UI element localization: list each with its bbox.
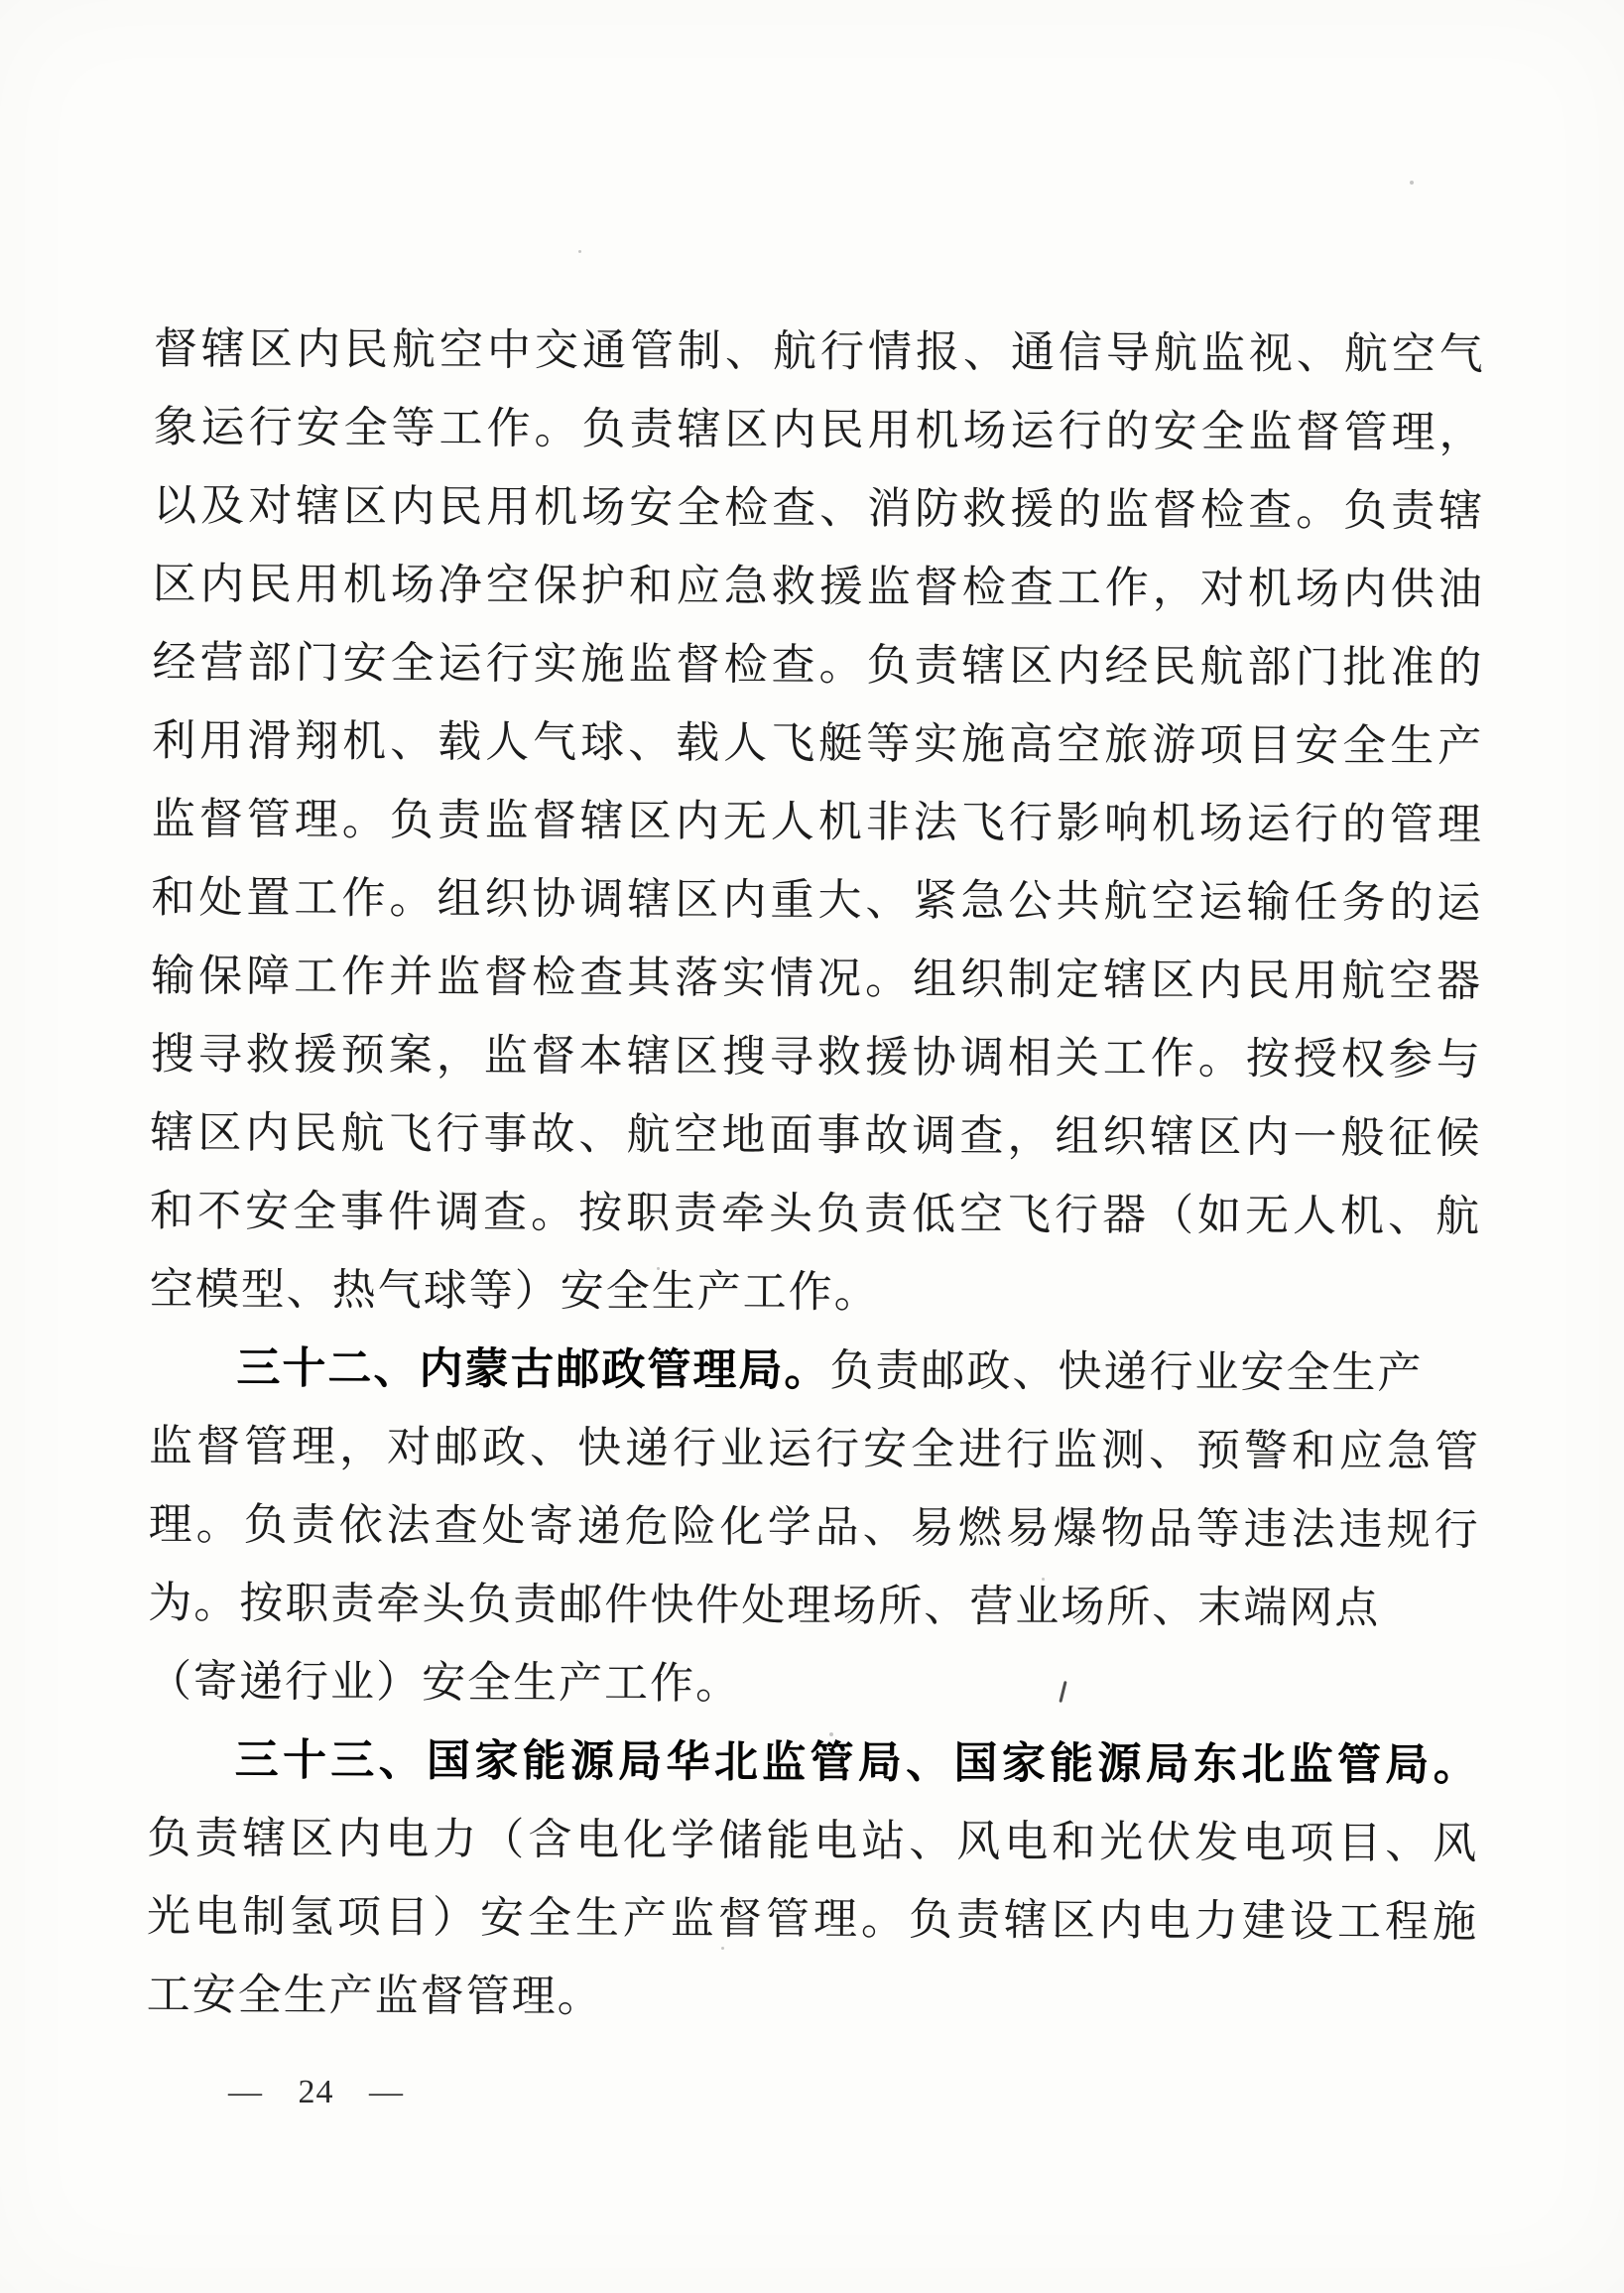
- text-segment: 和处置工作。组织协调辖区内重大、紧急公共航空运输任务的运: [151, 873, 1480, 928]
- text-segment: 监督管理。负责监督辖区内无人机非法飞行影响机场运行的管理: [152, 795, 1481, 849]
- text-line: 监督管理，对邮政、快递行业运行安全进行监测、预警和应急管: [149, 1421, 1478, 1505]
- scanned-document-page: 督辖区内民航空中交通管制、航行情报、通信导航监视、航空气象运行安全等工作。负责辖…: [0, 0, 1624, 2293]
- text-line: 工安全生产监督管理。: [146, 1970, 1475, 2054]
- text-line: 理。负责依法查处寄递危险化学品、易燃易爆物品等违法违规行: [148, 1499, 1477, 1584]
- text-line: 督辖区内民航空中交通管制、航行情报、通信导航监视、航空气: [154, 323, 1483, 408]
- text-segment: 负责邮政、快递行业安全生产: [829, 1346, 1423, 1398]
- text-line: 以及对辖区内民用机场安全检查、消防救援的监督检查。负责辖: [153, 480, 1482, 565]
- scan-speck: [1410, 181, 1414, 185]
- text-segment: 监督管理，对邮政、快递行业运行安全进行监测、预警和应急管: [149, 1422, 1478, 1476]
- text-segment: 经营部门安全运行实施监督检查。负责辖区内经民航部门批准的: [152, 638, 1481, 693]
- page-number: — 24 —: [228, 2074, 404, 2111]
- text-segment: 利用滑翔机、载人气球、载人飞艇等实施高空旅游项目安全生产: [152, 716, 1481, 771]
- text-line: 空模型、热气球等）安全生产工作。: [150, 1264, 1479, 1348]
- scan-speck: [721, 1947, 724, 1950]
- text-segment: 光电制氢项目）安全生产监督管理。负责辖区内电力建设工程施: [147, 1892, 1476, 1947]
- text-line: 输保障工作并监督检查其落实情况。组织制定辖区内民用航空器: [151, 951, 1480, 1035]
- text-line: 象运行安全等工作。负责辖区内民用机场运行的安全监督管理，: [153, 402, 1482, 486]
- text-segment: 象运行安全等工作。负责辖区内民用机场运行的安全监督管理，: [153, 403, 1482, 457]
- text-segment: 督辖区内民航空中交通管制、航行情报、通信导航监视、航空气: [154, 324, 1483, 379]
- text-line: 和处置工作。组织协调辖区内重大、紧急公共航空运输任务的运: [151, 872, 1480, 956]
- text-segment: 和不安全事件调查。按职责牵头负责低空飞行器（如无人机、航: [150, 1187, 1479, 1241]
- text-segment: 工安全生产监督管理。: [147, 1971, 603, 2021]
- text-segment: 区内民用机场净空保护和应急救援监督检查工作，对机场内供油: [153, 560, 1482, 614]
- text-segment: 以及对辖区内民用机场安全检查、消防救援的监督检查。负责辖: [153, 481, 1482, 536]
- text-segment-bold: 三十三、国家能源局华北监管局、国家能源局东北监管局。: [235, 1735, 1477, 1789]
- text-line: 经营部门安全运行实施监督检查。负责辖区内经民航部门批准的: [152, 637, 1481, 721]
- text-line: 负责辖区内电力（含电化学储能电站、风电和光伏发电项目、风: [147, 1813, 1476, 1897]
- text-segment: 理。负责依法查处寄递危险化学品、易燃易爆物品等违法违规行: [149, 1500, 1478, 1555]
- text-line: 三十三、国家能源局华北监管局、国家能源局东北监管局。: [147, 1734, 1476, 1819]
- text-line: 辖区内民航飞行事故、航空地面事故调查，组织辖区内一般征候: [150, 1107, 1479, 1192]
- text-segment: 空模型、热气球等）安全生产工作。: [150, 1265, 880, 1317]
- text-segment: 输保障工作并监督检查其落实情况。组织制定辖区内民用航空器: [151, 952, 1480, 1006]
- scan-speck: [657, 1267, 660, 1270]
- scan-speck: [1234, 758, 1238, 761]
- text-line: 利用滑翔机、载人气球、载人飞艇等实施高空旅游项目安全生产: [152, 715, 1481, 800]
- text-segment: 搜寻救援预案，监督本辖区搜寻救援协调相关工作。按授权参与: [151, 1030, 1480, 1084]
- text-line: 光电制氢项目）安全生产监督管理。负责辖区内电力建设工程施: [147, 1891, 1476, 1975]
- scan-speck: [898, 1054, 901, 1058]
- text-segment: （寄递行业）安全生产工作。: [148, 1657, 741, 1709]
- text-segment: 辖区内民航飞行事故、航空地面事故调查，组织辖区内一般征候: [150, 1108, 1479, 1163]
- text-line: 区内民用机场净空保护和应急救援监督检查工作，对机场内供油: [153, 559, 1482, 643]
- text-segment: 为。按职责牵头负责邮件快件处理场所、营业场所、末端网点: [148, 1579, 1380, 1632]
- text-line: 监督管理。负责监督辖区内无人机非法飞行影响机场运行的管理: [152, 794, 1481, 878]
- text-line: 搜寻救援预案，监督本辖区搜寻救援协调相关工作。按授权参与: [151, 1029, 1480, 1113]
- scan-speck: [829, 1732, 833, 1736]
- text-line: 三十二、内蒙古邮政管理局。负责邮政、快递行业安全生产: [149, 1342, 1478, 1427]
- text-segment: 负责辖区内电力（含电化学储能电站、风电和光伏发电项目、风: [147, 1814, 1476, 1868]
- scan-speck: [578, 250, 581, 253]
- text-line: 和不安全事件调查。按职责牵头负责低空飞行器（如无人机、航: [150, 1186, 1479, 1270]
- text-block: 督辖区内民航空中交通管制、航行情报、通信导航监视、航空气象运行安全等工作。负责辖…: [146, 323, 1483, 2054]
- text-line: 为。按职责牵头负责邮件快件处理场所、营业场所、末端网点: [148, 1578, 1477, 1662]
- scan-speck: [1042, 1578, 1045, 1581]
- text-line: （寄递行业）安全生产工作。: [148, 1656, 1477, 1740]
- text-segment-bold: 三十二、内蒙古邮政管理局。: [236, 1343, 829, 1395]
